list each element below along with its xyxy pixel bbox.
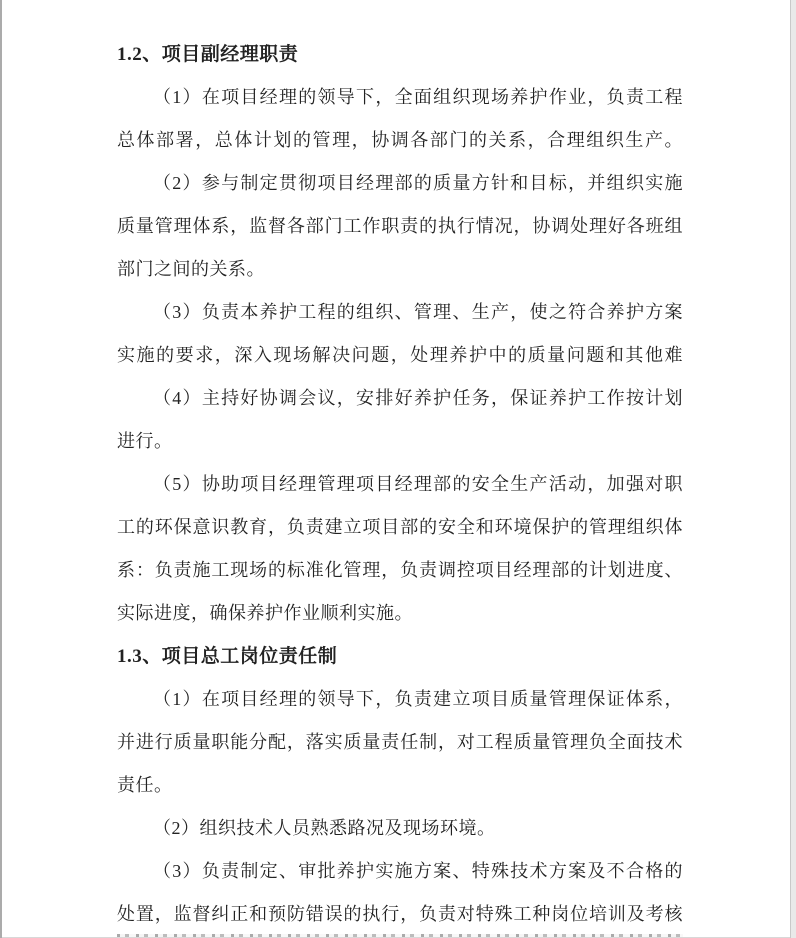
text-line: （2）参与制定贯彻项目经理部的质量方针和目标，并组织实施: [117, 162, 683, 205]
text-line: 工的环保意识教育，负责建立项目部的安全和环境保护的管理组织体: [117, 506, 683, 549]
text-line: 实施的要求，深入现场解决问题，处理养护中的质量问题和其他难题。: [117, 334, 683, 377]
text-line: 进行。: [117, 420, 683, 463]
page-left-edge: [0, 0, 2, 938]
text-line: （5）协助项目经理管理项目经理部的安全生产活动，加强对职: [117, 463, 683, 506]
text-line: （2）组织技术人员熟悉路况及现场环境。: [117, 807, 683, 850]
text-line: 系：负责施工现场的标准化管理，负责调控项目经理部的计划进度、: [117, 549, 683, 592]
section-heading-1-3: 1.3、项目总工岗位责任制: [117, 635, 683, 678]
section-heading-1-2: 1.2、项目副经理职责: [117, 33, 683, 76]
document-content: 1.2、项目副经理职责 （1）在项目经理的领导下，全面组织现场养护作业，负责工程…: [117, 33, 683, 936]
text-line: 处置，监督纠正和预防错误的执行，负责对特殊工种岗位培训及考核: [117, 893, 683, 936]
text-line: 总体部署，总体计划的管理，协调各部门的关系，合理组织生产。: [117, 119, 683, 162]
document-page: 1.2、项目副经理职责 （1）在项目经理的领导下，全面组织现场养护作业，负责工程…: [0, 0, 796, 938]
text-line: （1）在项目经理的领导下，全面组织现场养护作业，负责工程: [117, 76, 683, 119]
text-line: （3）负责本养护工程的组织、管理、生产，使之符合养护方案: [117, 291, 683, 334]
text-line: 部门之间的关系。: [117, 248, 683, 291]
text-line: 并进行质量职能分配，落实质量责任制，对工程质量管理负全面技术: [117, 721, 683, 764]
text-line: （3）负责制定、审批养护实施方案、特殊技术方案及不合格的: [117, 850, 683, 893]
page-right-gutter: [790, 0, 796, 938]
text-line: （1）在项目经理的领导下，负责建立项目质量管理保证体系，: [117, 678, 683, 721]
text-line: 质量管理体系，监督各部门工作职责的执行情况，协调处理好各班组: [117, 205, 683, 248]
text-line: 实际进度，确保养护作业顺利实施。: [117, 592, 683, 635]
text-line: 责任。: [117, 764, 683, 807]
text-line: （4）主持好协调会议，安排好养护任务，保证养护工作按计划: [117, 377, 683, 420]
